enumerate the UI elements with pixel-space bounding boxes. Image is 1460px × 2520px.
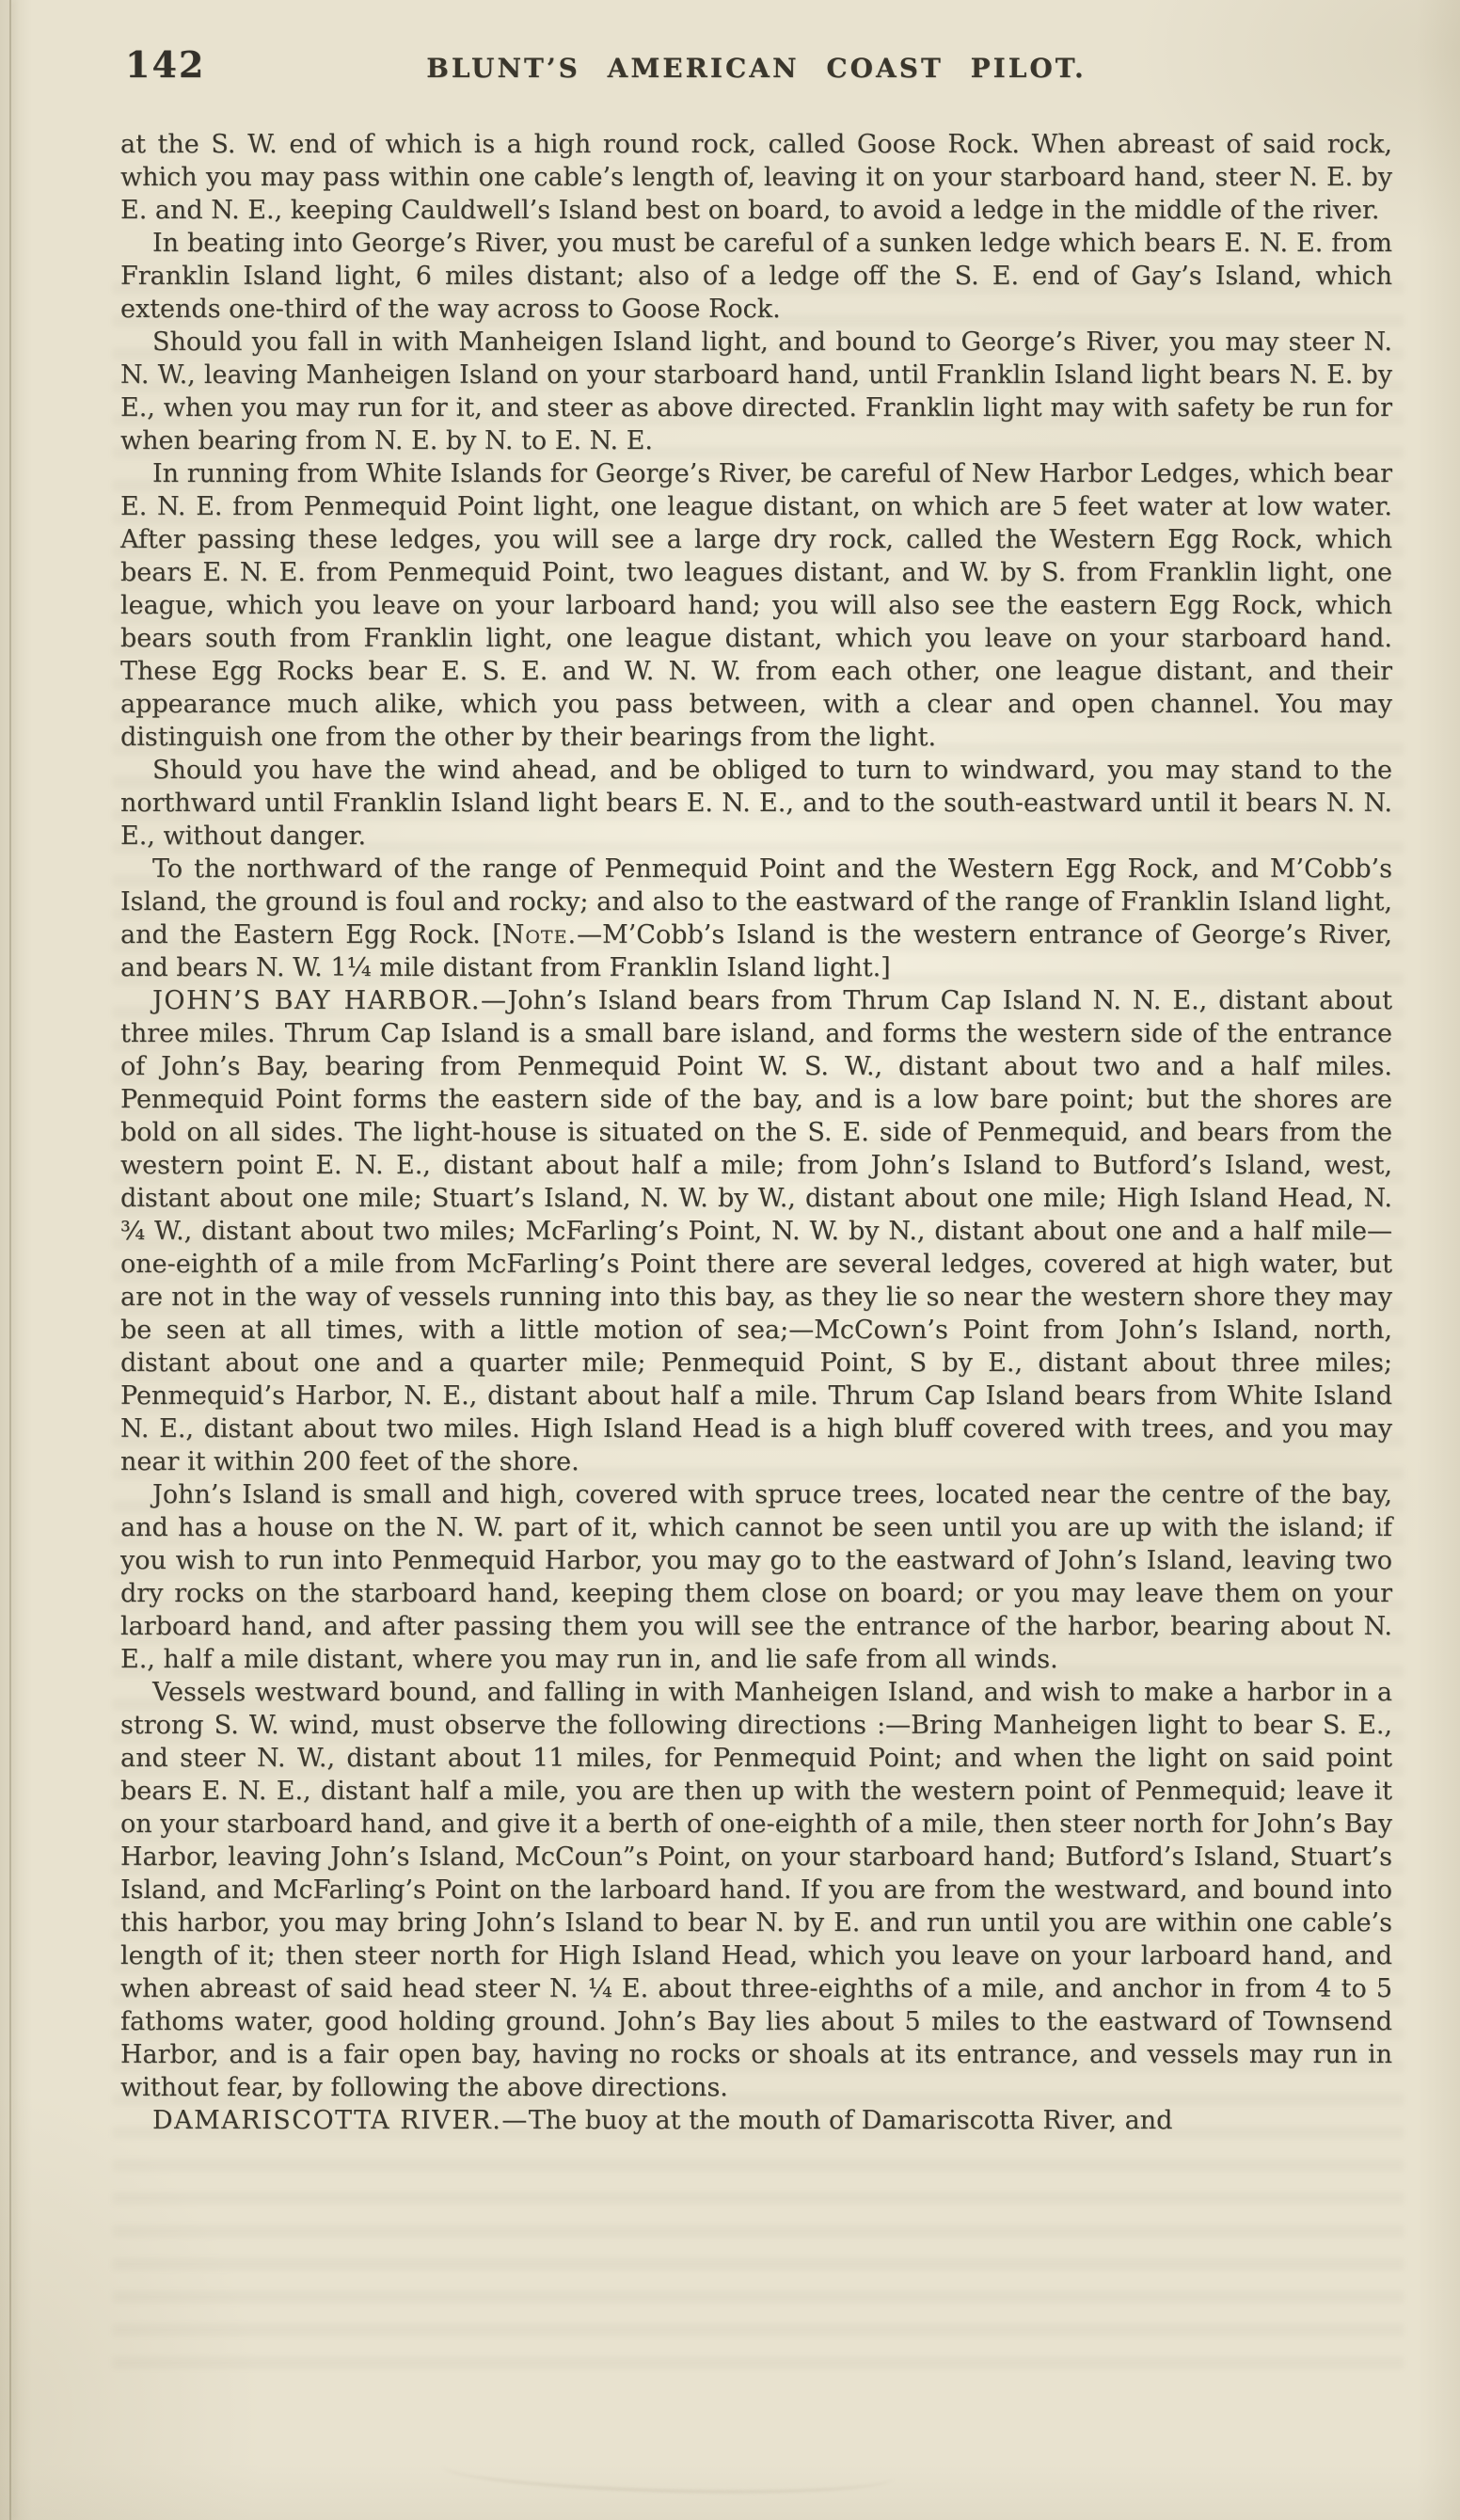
paragraph-text: In running from White Islands for George… <box>120 459 1392 752</box>
paragraph-text: John’s Island bears from Thrum Cap Islan… <box>120 986 1392 1476</box>
paragraph-text: Should you fall in with Manheigen Island… <box>120 327 1392 455</box>
book-page: 142 BLUNT’S AMERICAN COAST PILOT. at the… <box>0 0 1460 2520</box>
page-curl-shadow <box>442 2447 895 2498</box>
paragraph-lead: JOHN’S BAY HARBOR.— <box>152 986 507 1015</box>
page-crease <box>9 0 11 2520</box>
paragraph: To the northward of the range of Penmequ… <box>120 853 1392 984</box>
paragraph-lead: DAMARISCOTTA RIVER.— <box>152 2106 529 2135</box>
paragraph: DAMARISCOTTA RIVER.—The buoy at the mout… <box>120 2104 1392 2137</box>
paragraph: Should you fall in with Manheigen Island… <box>120 326 1392 457</box>
paragraph-text: John’s Island is small and high, covered… <box>120 1480 1392 1674</box>
paragraph: Vessels westward bound, and falling in w… <box>120 1676 1392 2104</box>
page-header: 142 BLUNT’S AMERICAN COAST PILOT. <box>120 41 1392 98</box>
paragraph-text: The buoy at the mouth of Damariscotta Ri… <box>529 2106 1173 2135</box>
page-number: 142 <box>125 43 205 86</box>
body-text: at the S. W. end of which is a high roun… <box>120 128 1392 2137</box>
note-label: Note. <box>502 920 577 949</box>
paragraph: at the S. W. end of which is a high roun… <box>120 128 1392 227</box>
paragraph-text: Should you have the wind ahead, and be o… <box>120 756 1392 851</box>
paragraph: In running from White Islands for George… <box>120 457 1392 754</box>
paragraph: John’s Island is small and high, covered… <box>120 1478 1392 1676</box>
paragraph-text: at the S. W. end of which is a high roun… <box>120 130 1392 225</box>
paragraph: JOHN’S BAY HARBOR.—John’s Island bears f… <box>120 984 1392 1478</box>
paragraph-text: Vessels westward bound, and falling in w… <box>120 1678 1392 2102</box>
paragraph-text: In beating into George’s River, you must… <box>120 229 1392 324</box>
paragraph: In beating into George’s River, you must… <box>120 227 1392 326</box>
running-title: BLUNT’S AMERICAN COAST PILOT. <box>120 41 1392 84</box>
paragraph: Should you have the wind ahead, and be o… <box>120 754 1392 853</box>
